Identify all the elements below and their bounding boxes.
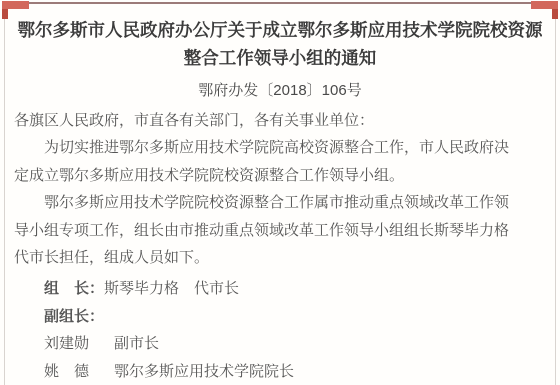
salutation-line: 各旗区人民政府，市直各有关部门，各有关事业单位： — [14, 107, 512, 134]
leader-label: 组 长： — [44, 280, 104, 297]
paragraph-2: 鄂尔多斯应用技术学院院校资源整合工作属市推动重点领域改革工作领导小组专项工作，组… — [14, 189, 512, 271]
member-title: 鄂尔多斯应用技术学院院长 — [114, 363, 294, 380]
member-row: 姚 德鄂尔多斯应用技术学院院长 — [14, 358, 512, 385]
member-name: 刘建勋 — [44, 330, 114, 357]
leader-value: 斯琴毕力格 代市长 — [104, 280, 239, 297]
document-body: 各旗区人民政府，市直各有关部门，各有关事业单位： 为切实推进鄂尔多斯应用技术学院… — [14, 107, 512, 385]
document-content: 鄂尔多斯市人民政府办公厅关于成立鄂尔多斯应用技术学院院校资源整合工作领导小组的通… — [0, 0, 560, 385]
deputy-label: 副组长： — [44, 308, 104, 325]
leadership-roster: 组 长：斯琴毕力格 代市长 副组长： 刘建勋副市长 姚 德鄂尔多斯应用技术学院院… — [14, 275, 512, 385]
deputy-heading: 副组长： — [14, 303, 512, 330]
member-row: 刘建勋副市长 — [14, 330, 512, 357]
member-name: 姚 德 — [44, 358, 114, 385]
doc-number: 鄂府办发〔2018〕106号 — [14, 81, 546, 101]
page-title: 鄂尔多斯市人民政府办公厅关于成立鄂尔多斯应用技术学院院校资源整合工作领导小组的通… — [14, 16, 546, 72]
leader-line: 组 长：斯琴毕力格 代市长 — [14, 275, 512, 302]
paragraph-1: 为切实推进鄂尔多斯应用技术学院院高校资源整合工作，市人民政府决定成立鄂尔多斯应用… — [14, 134, 512, 189]
notice-page: 鄂尔多斯市人民政府办公厅关于成立鄂尔多斯应用技术学院院校资源整合工作领导小组的通… — [0, 0, 560, 385]
member-title: 副市长 — [114, 335, 159, 352]
